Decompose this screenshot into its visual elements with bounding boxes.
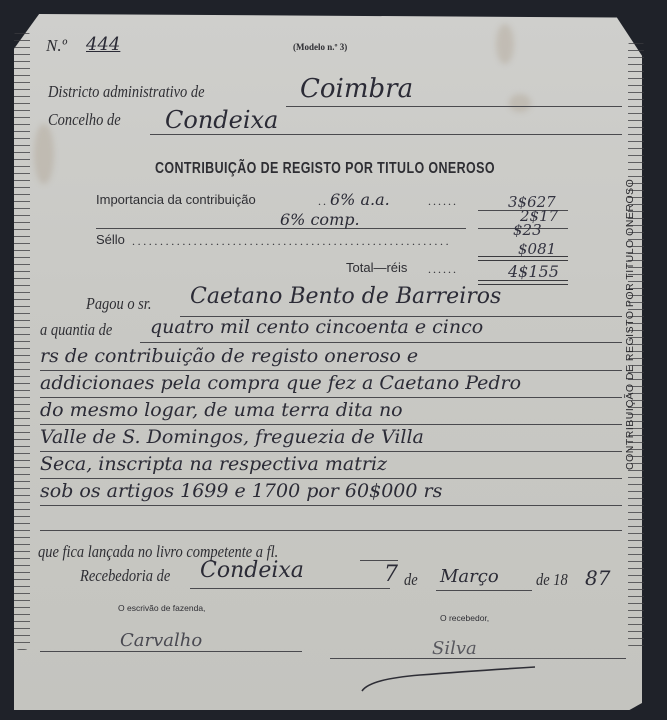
- clerk-signature: Carvalho: [120, 630, 202, 651]
- number-label: N.º: [46, 36, 67, 56]
- dot-leader: ........................................…: [132, 234, 451, 249]
- paper-stain: [496, 24, 514, 64]
- folio-line: [360, 560, 398, 561]
- office-value: Condeixa: [200, 558, 304, 583]
- day-value: 7: [384, 562, 398, 587]
- document-number: 444: [86, 34, 120, 55]
- payer-name: Caetano Bento de Barreiros: [190, 284, 501, 309]
- payment-line-6: Seca, inscripta na respectiva matriz: [40, 453, 387, 475]
- body-line: [140, 342, 622, 343]
- payment-line-7: sob os artigos 1699 e 1700 por 60$000 rs: [40, 480, 442, 502]
- clerk-label: O escrivão de fazenda,: [118, 603, 205, 613]
- dot-leader: ......: [428, 194, 458, 209]
- body-line: [40, 370, 622, 371]
- body-line: [40, 505, 622, 506]
- body-line: [40, 451, 622, 452]
- month-underline: [436, 590, 532, 591]
- paper-stain: [34, 124, 54, 184]
- body-line: [40, 424, 622, 425]
- total-value: 4$155: [508, 262, 559, 281]
- dot-leader: ..: [318, 194, 328, 209]
- body-line: [40, 530, 622, 531]
- line1-note: 6% a.a.: [330, 190, 390, 209]
- total-label: Total—réis: [346, 260, 407, 275]
- clerk-signature-line: [40, 651, 302, 652]
- year-suffix: 87: [585, 566, 610, 590]
- district-label: Districto administrativo de: [48, 82, 205, 102]
- amount-label: a quantia de: [40, 320, 112, 340]
- paid-label: Pagou o sr.: [86, 294, 151, 314]
- line2b-value: $23: [513, 221, 542, 239]
- subtotal-rule: [478, 256, 568, 261]
- council-value: Condeixa: [165, 106, 278, 134]
- payment-line-2: rs de contribuição de registo oneroso e: [40, 345, 418, 367]
- receiver-label: O recebedor,: [440, 613, 489, 623]
- line2-note: 6% comp.: [280, 210, 360, 229]
- payment-line-1: quatro mil cento cincoenta e cinco: [150, 316, 483, 338]
- payment-line-4: do mesmo logar, de uma terra dita no: [40, 399, 403, 421]
- office-label: Recebedoria de: [80, 566, 170, 586]
- payment-line-5: Valle de S. Domingos, freguezia de Villa: [40, 426, 424, 448]
- body-line: [40, 397, 622, 398]
- paper-stain: [509, 94, 531, 112]
- council-label: Concelho de: [48, 110, 121, 130]
- contribution-label: Importancia da contribuição: [96, 192, 256, 207]
- receiver-signature-line: [330, 658, 626, 659]
- document-title: CONTRIBUIÇÃO DE REGISTO POR TITULO ONERO…: [155, 160, 495, 178]
- district-underline: [286, 106, 622, 107]
- council-underline: [150, 134, 622, 135]
- body-line: [40, 478, 622, 479]
- receiver-signature: Silva: [432, 638, 477, 659]
- sello-label: Séllo: [96, 232, 125, 247]
- side-title: CONTRIBUIÇÃO DE REGISTO POR TITULO ONERO…: [624, 179, 636, 470]
- dot-leader: ......: [428, 262, 458, 277]
- signature-flourish: [360, 665, 540, 695]
- office-underline: [190, 588, 390, 589]
- month-value: Março: [440, 566, 499, 587]
- of-label: de: [404, 570, 418, 590]
- payment-line-3: addicionaes pela compra que fez a Caetan…: [40, 372, 521, 394]
- district-value: Coimbra: [300, 74, 413, 104]
- ornamental-border-left: [14, 30, 30, 650]
- model-label: (Modelo n.º 3): [293, 42, 347, 52]
- year-label: de 18: [536, 570, 568, 590]
